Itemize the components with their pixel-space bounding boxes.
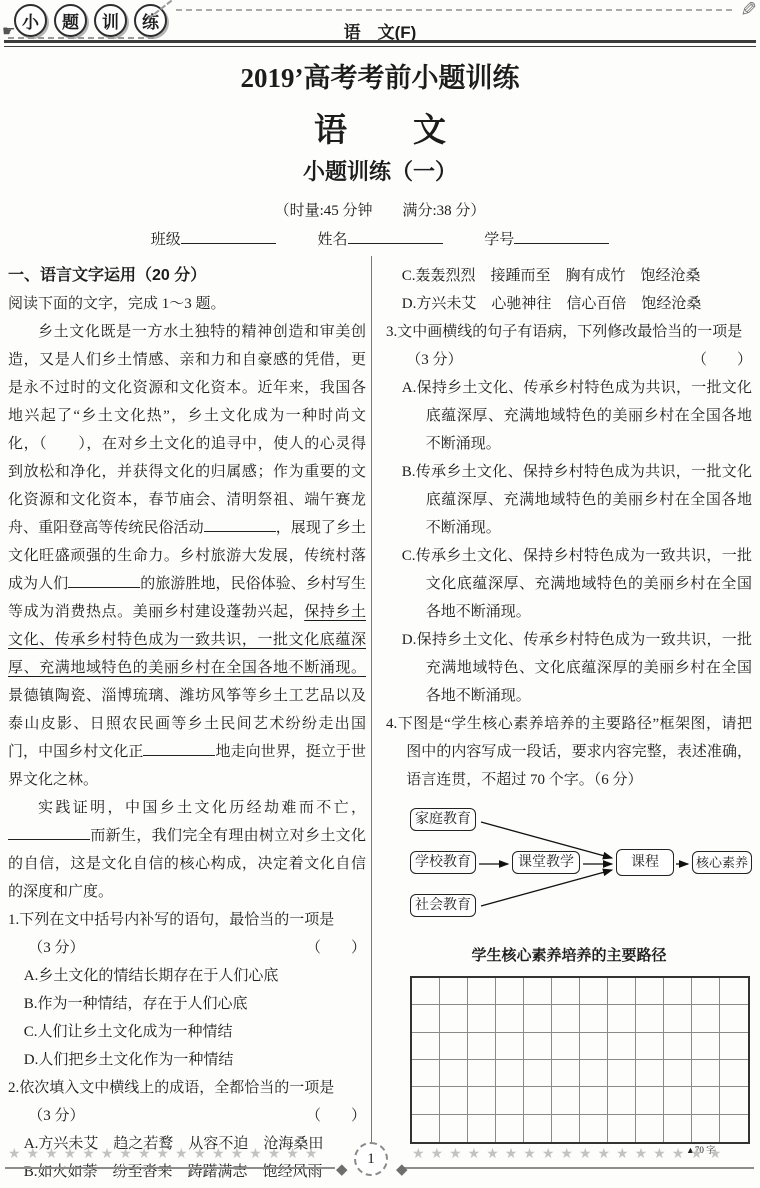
header-dashed-line xyxy=(176,9,732,11)
question-score-row: （3 分） （ ） xyxy=(8,1102,366,1130)
grid-cell xyxy=(636,1005,664,1032)
section-heading: 一、语言文字运用（20 分） xyxy=(8,262,366,290)
grid-cell xyxy=(524,1115,552,1142)
grid-cell xyxy=(720,1033,748,1060)
grid-cell xyxy=(692,978,720,1005)
option-d: D.方兴未艾 心驰神往 信心百倍 饱经沧桑 xyxy=(402,290,752,318)
question-1: 1.下列在文中括号内补写的语句，最恰当的一项是 （3 分） （ ） A.乡土文化… xyxy=(8,906,366,1074)
set-title: 小题训练（一） xyxy=(0,155,760,186)
grid-cell xyxy=(608,1005,636,1032)
grid-cell xyxy=(720,1087,748,1114)
option-b: B.传承乡土文化、保持乡村特色成为共识，一批文化底蕴深厚、充满地域特色的美丽乡村… xyxy=(402,458,752,542)
grid-cell xyxy=(664,1087,692,1114)
option-a: A.保持乡土文化、传承乡村特色成为共识，一批文化底蕴深厚、充满地域特色的美丽乡村… xyxy=(402,374,752,458)
pathway-flowchart: 家庭教育 学校教育 社会教育 课堂教学 课程 核心素养 xyxy=(386,802,752,938)
column-divider xyxy=(371,256,372,1142)
writing-answer-grid xyxy=(410,976,750,1144)
grid-cell xyxy=(440,978,468,1005)
grid-cell xyxy=(580,1005,608,1032)
grid-cell xyxy=(524,1033,552,1060)
option-a: A.乡土文化的情结长期存在于人们心底 xyxy=(24,962,366,990)
grid-cell xyxy=(468,1033,496,1060)
diamond-ornament: ◆ xyxy=(396,1160,408,1179)
exam-meta: （时量:45 分钟 满分:38 分） xyxy=(0,199,760,220)
main-title: 2019’高考考前小题训练 xyxy=(0,56,760,95)
grid-cell xyxy=(636,1115,664,1142)
grid-cell xyxy=(692,1033,720,1060)
header-double-rule xyxy=(4,40,756,47)
score-label: （3 分） xyxy=(28,1102,84,1130)
student-fields: 班级 姓名 学号 xyxy=(0,228,760,249)
grid-cell xyxy=(524,1087,552,1114)
fill-blank-3 xyxy=(143,741,215,756)
grid-cell xyxy=(496,1060,524,1087)
node-family-education: 家庭教育 xyxy=(410,808,476,831)
grid-cell xyxy=(664,978,692,1005)
grid-cell xyxy=(580,1033,608,1060)
grid-cell xyxy=(608,1060,636,1087)
grid-cell xyxy=(664,1060,692,1087)
question-stem: 1.下列在文中括号内补写的语句，最恰当的一项是 xyxy=(8,906,366,934)
option-b: B.作为一种情结，存在于人们心底 xyxy=(24,990,366,1018)
grid-cell xyxy=(440,1060,468,1087)
grid-cell xyxy=(552,1033,580,1060)
passage-text: 实践证明，中国乡土文化历经劫难而不亡， xyxy=(38,800,366,816)
grid-cell xyxy=(468,1115,496,1142)
grid-cell xyxy=(692,1005,720,1032)
pencil-icon: ✎ xyxy=(735,0,760,17)
grid-cell xyxy=(580,1087,608,1114)
footer-stars-right: ★★★★★★★★★★★★★★★★★ xyxy=(412,1146,752,1163)
page-number-badge: 1 xyxy=(354,1142,388,1176)
grid-cell xyxy=(664,1005,692,1032)
node-core-literacy: 核心素养 xyxy=(692,851,752,874)
grid-cell xyxy=(440,1005,468,1032)
grid-cell xyxy=(552,1115,580,1142)
grid-cell xyxy=(720,978,748,1005)
passage-paragraph-2: 实践证明，中国乡土文化历经劫难而不亡，而新生，我们完全有理由树立对乡土文化的自信… xyxy=(8,794,366,906)
class-label: 班级 xyxy=(151,232,181,248)
grid-cell xyxy=(580,978,608,1005)
question-score-row: （3 分） （ ） xyxy=(8,934,366,962)
grid-cell xyxy=(440,1087,468,1114)
question-4: 4.下图是“学生核心素养培养的主要路径”框架图，请把图中的内容写成一段话，要求内… xyxy=(386,710,752,794)
grid-cell xyxy=(412,978,440,1005)
grid-cell xyxy=(552,1005,580,1032)
grid-cell xyxy=(496,978,524,1005)
grid-cell xyxy=(720,1115,748,1142)
question-2: 2.依次填入文中横线上的成语，全都恰当的一项是 （3 分） （ ） A.方兴未艾… xyxy=(8,1074,366,1186)
grid-cell xyxy=(692,1087,720,1114)
class-blank xyxy=(181,229,276,244)
grid-cell xyxy=(468,1005,496,1032)
grid-cell xyxy=(496,1115,524,1142)
option-d: D.保持乡土文化、传承乡村特色成为一致共识，一批充满地域特色、文化底蕴深厚的美丽… xyxy=(402,626,752,710)
grid-cell xyxy=(552,978,580,1005)
grid-cell xyxy=(608,1115,636,1142)
passage-text: 乡土文化既是一方水土独特的精神创造和审美创造，又是人们乡土情感、亲和力和自豪感的… xyxy=(8,324,366,536)
left-column: 一、语言文字运用（20 分） 阅读下面的文字，完成 1～3 题。 乡土文化既是一… xyxy=(8,262,366,1186)
grid-cell xyxy=(412,1087,440,1114)
node-society-education: 社会教育 xyxy=(410,894,476,917)
answer-paren: （ ） xyxy=(306,934,366,962)
flowchart-caption: 学生核心素养培养的主要路径 xyxy=(386,942,752,970)
question-3: 3.文中画横线的句子有语病，下列修改最恰当的一项是 （3 分） （ ） A.保持… xyxy=(386,318,752,710)
grid-cell xyxy=(664,1115,692,1142)
grid-cell xyxy=(636,978,664,1005)
grid-cell xyxy=(496,1005,524,1032)
grid-cell xyxy=(440,1115,468,1142)
grid-cell xyxy=(692,1115,720,1142)
grid-cell xyxy=(496,1087,524,1114)
grid-cell xyxy=(412,1115,440,1142)
id-label: 学号 xyxy=(484,232,514,248)
grid-cell xyxy=(608,1087,636,1114)
node-school-education: 学校教育 xyxy=(410,851,476,874)
name-label: 姓名 xyxy=(317,232,347,248)
grid-cell xyxy=(720,1060,748,1087)
footer-rule-right xyxy=(402,1167,754,1169)
score-label: （3 分） xyxy=(406,346,462,374)
grid-cell xyxy=(664,1033,692,1060)
grid-cell xyxy=(440,1033,468,1060)
grid-cell xyxy=(580,1060,608,1087)
grid-cell xyxy=(552,1060,580,1087)
grid-cell xyxy=(524,1060,552,1087)
question-stem: 2.依次填入文中横线上的成语，全都恰当的一项是 xyxy=(8,1074,366,1102)
grid-cell xyxy=(496,1033,524,1060)
grid-cell xyxy=(692,1060,720,1087)
fill-blank-2 xyxy=(68,573,140,588)
diamond-ornament: ◆ xyxy=(336,1160,348,1179)
grid-cell xyxy=(636,1060,664,1087)
answer-paren: （ ） xyxy=(692,346,752,374)
grid-cell xyxy=(636,1033,664,1060)
answer-paren: （ ） xyxy=(306,1102,366,1130)
footer-stars-left: ★★★★★★★★★★★★★★★★★ xyxy=(8,1146,334,1163)
option-d: D.人们把乡土文化作为一种情结 xyxy=(24,1046,366,1074)
question-stem: 4.下图是“学生核心素养培养的主要路径”框架图，请把图中的内容写成一段话，要求内… xyxy=(386,710,752,794)
grid-cell xyxy=(608,1033,636,1060)
option-c: C.轰轰烈烈 接踵而至 胸有成竹 饱经沧桑 xyxy=(402,262,752,290)
grid-cell xyxy=(468,1060,496,1087)
fill-blank-4 xyxy=(8,825,90,840)
grid-cell xyxy=(412,1033,440,1060)
grid-cell xyxy=(580,1115,608,1142)
grid-cell xyxy=(412,1005,440,1032)
grid-cell xyxy=(720,1005,748,1032)
question-stem: 3.文中画横线的句子有语病，下列修改最恰当的一项是 xyxy=(386,318,752,346)
name-blank xyxy=(348,229,443,244)
passage-intro: 阅读下面的文字，完成 1～3 题。 xyxy=(8,290,366,318)
exam-page: ☛ 小 题 训 练 ✎ 语 文(F) 2019’高考考前小题训练 语 文 小题训… xyxy=(0,0,760,1188)
grid-cell xyxy=(636,1087,664,1114)
grid-cell xyxy=(468,978,496,1005)
grid-cell xyxy=(468,1087,496,1114)
footer-rule-left xyxy=(5,1167,335,1169)
fill-blank-1 xyxy=(204,517,276,532)
id-blank xyxy=(514,229,609,244)
option-c: C.传承乡土文化、保持乡村特色成为一致共识，一批文化底蕴深厚、充满地域特色的美丽… xyxy=(402,542,752,626)
right-column: C.轰轰烈烈 接踵而至 胸有成竹 饱经沧桑 D.方兴未艾 心驰神往 信心百倍 饱… xyxy=(386,262,752,1156)
question-score-row: （3 分） （ ） xyxy=(386,346,752,374)
subject-title: 语 文 xyxy=(0,104,760,151)
node-classroom-teaching: 课堂教学 xyxy=(512,851,580,874)
grid-cell xyxy=(412,1060,440,1087)
grid-cell xyxy=(552,1087,580,1114)
node-course: 课程 xyxy=(616,849,674,876)
grid-cell xyxy=(524,978,552,1005)
score-label: （3 分） xyxy=(28,934,84,962)
grid-cell xyxy=(608,978,636,1005)
grid-cell xyxy=(524,1005,552,1032)
option-c: C.人们让乡土文化成为一种情结 xyxy=(24,1018,366,1046)
passage-paragraph-1: 乡土文化既是一方水土独特的精神创造和审美创造，又是人们乡土情感、亲和力和自豪感的… xyxy=(8,318,366,794)
